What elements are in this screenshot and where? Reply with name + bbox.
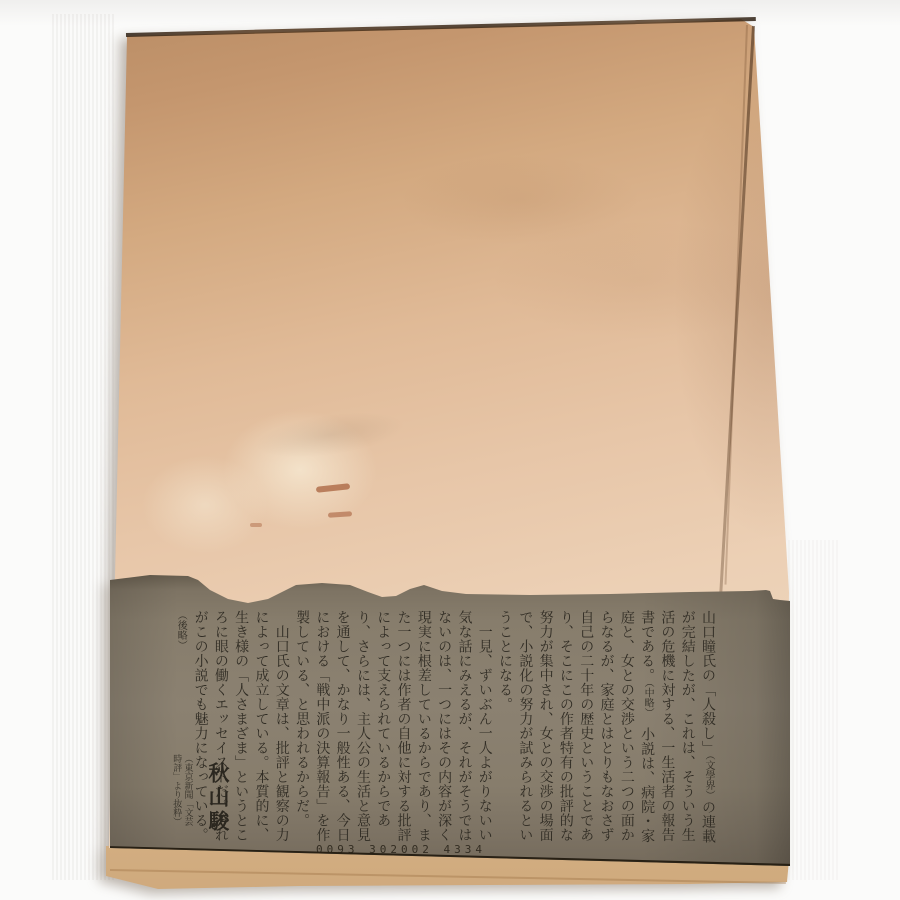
cover-red-mark: [316, 483, 350, 493]
review-p2: 一見、ずいぶん一人よがりないい気な話にみえるが、それがそうではないのは、一つには…: [294, 610, 493, 842]
obi-band: 山口瞳氏の「人殺し」（文學界）の連載が完結したが、これは、そういう生活の危機に対…: [110, 566, 790, 868]
review-p1-churyaku: （中略）: [642, 683, 653, 713]
cover-smudge-stain: [253, 405, 407, 465]
book: 山口瞳氏の「人殺し」（文學界）の連載が完結したが、これは、そういう生活の危機に対…: [0, 0, 900, 900]
review-p1-tail: 小説は、病院・家庭と、女との交渉という二つの面からなるが、家庭とはとりもなおさず…: [497, 610, 655, 843]
review-source-line1: （東京新聞「文芸: [183, 754, 193, 826]
review-p3-end: （後略）: [175, 610, 186, 650]
cover-red-mark: [328, 511, 352, 518]
review-p1-head: 山口瞳氏の「人殺し」: [700, 610, 716, 755]
cover-red-mark: [250, 523, 262, 527]
reviewer-signature: 秋山駿: [203, 762, 233, 862]
photo-scene: 山口瞳氏の「人殺し」（文學界）の連載が完結したが、これは、そういう生活の危機に対…: [0, 0, 900, 900]
review-source-line2: 時評」より抜粋）: [171, 754, 181, 826]
review-p1-source: （文學界）: [703, 755, 714, 800]
obi-review-text: 山口瞳氏の「人殺し」（文學界）の連載が完結したが、これは、そういう生活の危機に対…: [170, 610, 718, 848]
